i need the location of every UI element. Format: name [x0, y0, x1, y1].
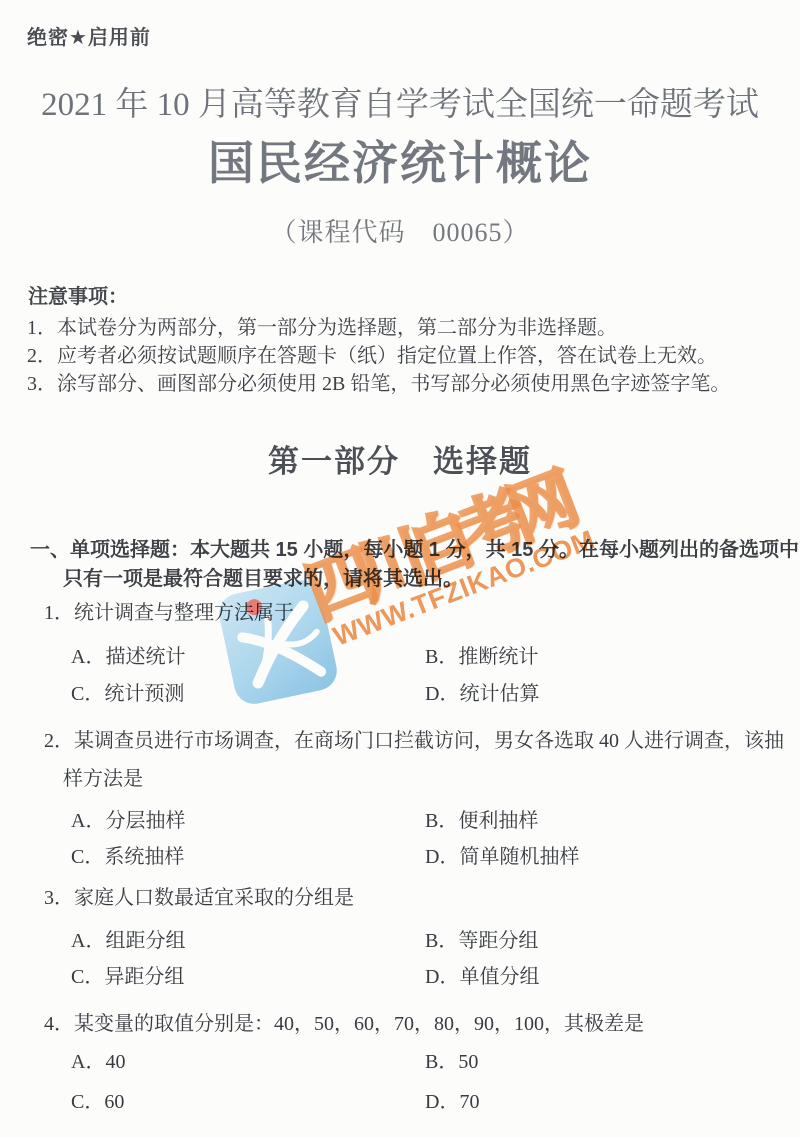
option-a: A．分层抽样 [71, 804, 425, 833]
question-4-options-row: C．60D．70 [71, 1085, 479, 1114]
part-one-heading: 第一部分 选择题 [0, 436, 800, 481]
option-a: A．40 [71, 1045, 425, 1074]
question-1-options-row: A．描述统计B．推断统计 [71, 640, 538, 669]
option-c: C．系统抽样 [71, 840, 425, 869]
option-a: A．组距分组 [71, 924, 425, 953]
notice-item: 2．应考者必须按试题顺序在答题卡（纸）指定位置上作答，答在试卷上无效。 [27, 339, 717, 368]
option-b: B．便利抽样 [425, 810, 538, 832]
option-c: C．统计预测 [71, 677, 425, 706]
question-2-options-row: A．分层抽样B．便利抽样 [71, 804, 538, 833]
question-3-options-row: A．组距分组B．等距分组 [71, 924, 538, 953]
course-code: （课程代码 00065） [0, 212, 800, 249]
option-d: D．简单随机抽样 [425, 846, 579, 868]
option-b: B．50 [425, 1051, 478, 1073]
option-d: D．单值分组 [425, 966, 539, 988]
question-3-options-row: C．异距分组D．单值分组 [71, 960, 539, 989]
option-b: B．等距分组 [425, 930, 538, 952]
notice-item: 3．涂写部分、画图部分必须使用 2B 铅笔，书写部分必须使用黑色字迹签字笔。 [27, 367, 730, 396]
question-2-text: 2．某调查员进行市场调查，在商场门口拦截访问，男女各选取 40 人进行调查，该抽 [44, 724, 784, 753]
option-c: C．60 [71, 1085, 425, 1114]
option-b: B．推断统计 [425, 646, 538, 668]
exam-subject-title: 国民经济统计概论 [0, 127, 800, 193]
option-d: D．统计估算 [425, 683, 539, 705]
option-c: C．异距分组 [71, 960, 425, 989]
question-4-options-row: A．40B．50 [71, 1045, 478, 1074]
notice-item: 1．本试卷分为两部分，第一部分为选择题，第二部分为非选择题。 [27, 311, 617, 340]
classification-label: 绝密★启用前 [27, 21, 151, 50]
option-d: D．70 [425, 1091, 479, 1113]
question-4-text: 4．某变量的取值分别是：40，50，60，70，80，90，100，其极差是 [44, 1007, 644, 1036]
question-2-text-continued: 样方法是 [63, 762, 143, 791]
notice-heading: 注意事项： [28, 280, 128, 309]
section-intro-line: 只有一项是最符合题目要求的，请将其选出。 [63, 562, 463, 591]
question-1-text: 1．统计调查与整理方法属于 [44, 596, 294, 625]
exam-title-line1: 2021 年 10 月高等教育自学考试全国统一命题考试 [0, 78, 800, 125]
option-a: A．描述统计 [71, 640, 425, 669]
question-2-options-row: C．系统抽样D．简单随机抽样 [71, 840, 579, 869]
question-3-text: 3．家庭人口数最适宜采取的分组是 [44, 881, 354, 910]
section-intro-line: 一、单项选择题：本大题共 15 小题，每小题 1 分，共 15 分。在每小题列出… [30, 533, 799, 562]
question-1-options-row: C．统计预测D．统计估算 [71, 677, 539, 706]
